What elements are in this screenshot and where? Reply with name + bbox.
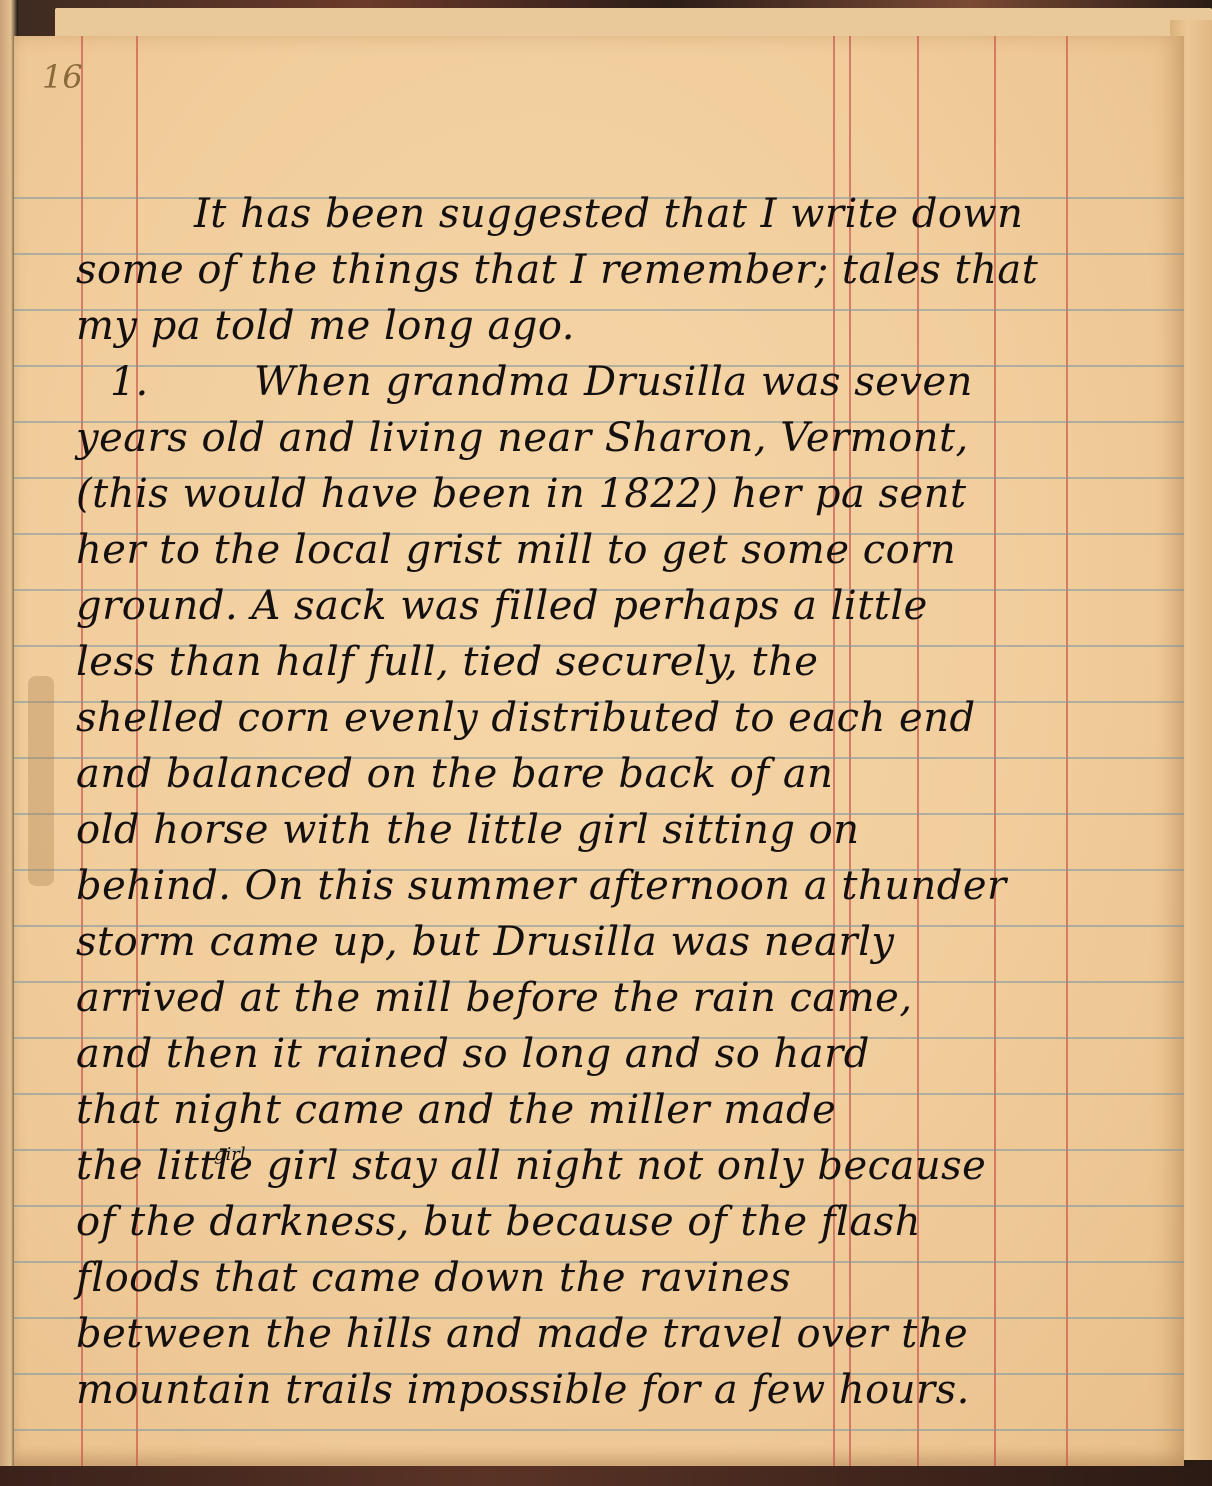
paragraph-marker: 1. <box>110 359 148 405</box>
text-line-6: (this would have been in 1822) her pa se… <box>76 471 967 517</box>
text-line-4: When grandma Drusilla was seven <box>254 359 973 405</box>
text-line-7: her to the local grist mill to get some … <box>76 527 956 573</box>
text-line-18: the little girl stay all night not only … <box>76 1143 986 1189</box>
ruled-line <box>14 1429 1184 1431</box>
text-line-15: arrived at the mill before the rain came… <box>76 975 913 1021</box>
notebook-page: 16 It has been suggested that I write do… <box>14 36 1184 1466</box>
text-line-8: ground. A sack was filled perhaps a litt… <box>76 583 928 629</box>
text-line-3: my pa told me long ago. <box>76 303 575 349</box>
text-line-5: years old and living near Sharon, Vermon… <box>76 415 969 461</box>
text-line-14: storm came up, but Drusilla was nearly <box>76 919 895 965</box>
text-line-1: It has been suggested that I write down <box>194 191 1023 237</box>
text-line-11: and balanced on the bare back of an <box>76 751 833 797</box>
text-line-21: between the hills and made travel over t… <box>76 1311 968 1357</box>
text-line-19: of the darkness, but because of the flas… <box>76 1199 921 1245</box>
water-stain <box>28 676 54 886</box>
text-line-16: and then it rained so long and so hard <box>76 1031 870 1077</box>
text-line-12: old horse with the little girl sitting o… <box>76 807 860 853</box>
text-line-22: mountain trails impossible for a few hou… <box>76 1367 970 1413</box>
page-number: 16 <box>42 58 83 96</box>
text-line-20: floods that came down the ravines <box>76 1255 791 1301</box>
text-line-17: that night came and the miller made <box>76 1087 836 1133</box>
notebook-cover-bottom <box>0 1466 1212 1486</box>
text-line-13: behind. On this summer afternoon a thund… <box>76 863 1007 909</box>
text-line-10: shelled corn evenly distributed to each … <box>76 695 976 741</box>
text-line-2: some of the things that I remember; tale… <box>76 247 1038 293</box>
text-line-9: less than half full, tied securely, the <box>76 639 818 685</box>
margin-line-right-5 <box>1066 36 1068 1466</box>
